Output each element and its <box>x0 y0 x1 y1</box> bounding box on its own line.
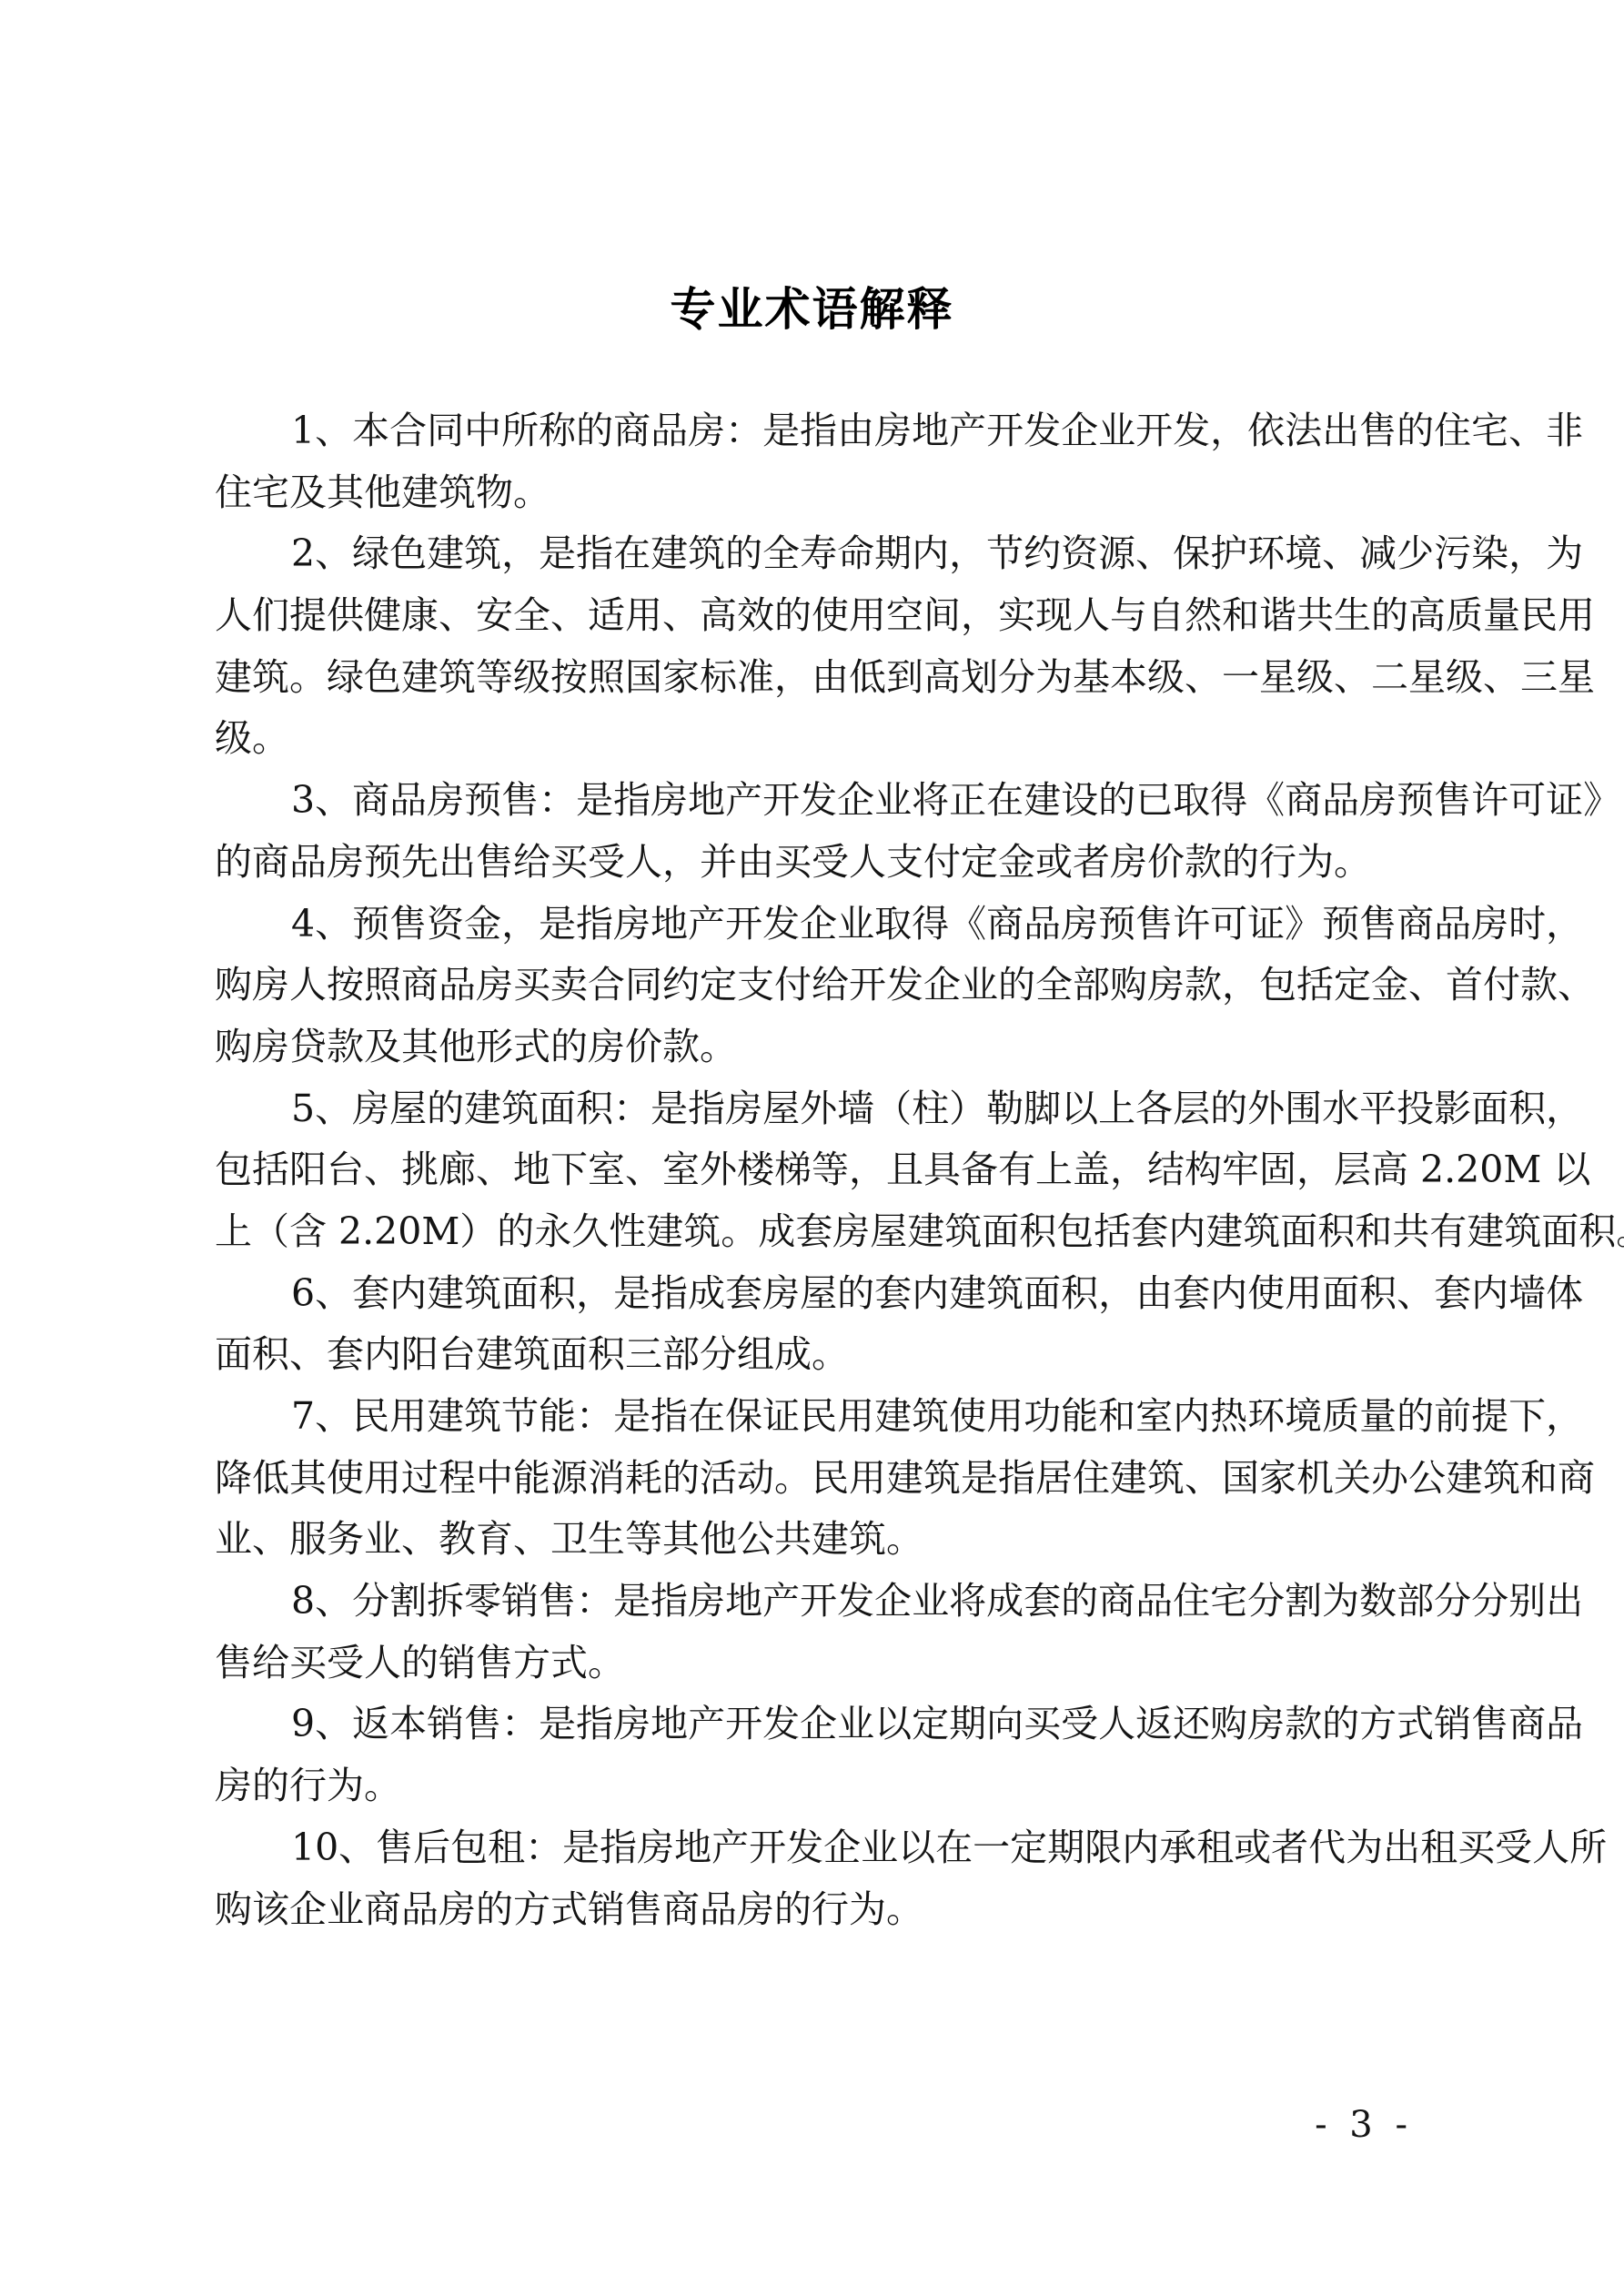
term-paragraph-1: 1、本合同中所称的商品房：是指由房地产开发企业开发，依法出售的住宅、非 住宅及其… <box>215 400 1416 523</box>
term-paragraph-10: 10、售后包租：是指房地产开发企业以在一定期限内承租或者代为出租买受人所 购该企… <box>215 1817 1416 1940</box>
paragraph-line: 1、本合同中所称的商品房：是指由房地产开发企业开发，依法出售的住宅、非 <box>215 400 1416 462</box>
paragraph-line: 2、绿色建筑，是指在建筑的全寿命期内，节约资源、保护环境、减少污染，为 <box>215 523 1416 585</box>
paragraph-line: 人们提供健康、安全、适用、高效的使用空间，实现人与自然和谐共生的高质量民用 <box>215 585 1416 647</box>
paragraph-line: 售给买受人的销售方式。 <box>215 1633 1416 1694</box>
paragraph-line: 7、民用建筑节能：是指在保证民用建筑使用功能和室内热环境质量的前提下， <box>215 1386 1416 1448</box>
paragraph-line: 级。 <box>215 708 1416 770</box>
paragraph-line: 建筑。绿色建筑等级按照国家标准，由低到高划分为基本级、一星级、二星级、三星 <box>215 647 1416 709</box>
paragraph-line: 9、返本销售：是指房地产开发企业以定期向买受人返还购房款的方式销售商品 <box>215 1694 1416 1755</box>
paragraph-line: 包括阳台、挑廊、地下室、室外楼梯等，且具备有上盖，结构牢固，层高 2.20M 以 <box>215 1139 1416 1201</box>
term-paragraph-2: 2、绿色建筑，是指在建筑的全寿命期内，节约资源、保护环境、减少污染，为 人们提供… <box>215 523 1416 770</box>
paragraph-line: 住宅及其他建筑物。 <box>215 462 1416 524</box>
paragraph-line: 6、套内建筑面积，是指成套房屋的套内建筑面积，由套内使用面积、套内墙体 <box>215 1263 1416 1325</box>
paragraph-line: 购该企业商品房的方式销售商品房的行为。 <box>215 1879 1416 1941</box>
term-paragraph-8: 8、分割拆零销售：是指房地产开发企业将成套的商品住宅分割为数部分分别出 售给买受… <box>215 1571 1416 1694</box>
paragraph-line: 10、售后包租：是指房地产开发企业以在一定期限内承租或者代为出租买受人所 <box>215 1817 1416 1879</box>
paragraph-line: 面积、套内阳台建筑面积三部分组成。 <box>215 1324 1416 1386</box>
paragraph-line: 的商品房预先出售给买受人，并由买受人支付定金或者房价款的行为。 <box>215 832 1416 894</box>
term-paragraph-7: 7、民用建筑节能：是指在保证民用建筑使用功能和室内热环境质量的前提下， 降低其使… <box>215 1386 1416 1571</box>
page-number: - 3 - <box>1315 2098 1413 2152</box>
term-paragraph-5: 5、房屋的建筑面积：是指房屋外墙（柱）勒脚以上各层的外围水平投影面积， 包括阳台… <box>215 1078 1416 1263</box>
paragraph-line: 购房人按照商品房买卖合同约定支付给开发企业的全部购房款，包括定金、首付款、 <box>215 955 1416 1017</box>
page-title: 专业术语解释 <box>0 278 1624 341</box>
paragraph-line: 4、预售资金，是指房地产开发企业取得《商品房预售许可证》预售商品房时， <box>215 894 1416 956</box>
paragraph-line: 降低其使用过程中能源消耗的活动。民用建筑是指居住建筑、国家机关办公建筑和商 <box>215 1448 1416 1510</box>
document-body: 1、本合同中所称的商品房：是指由房地产开发企业开发，依法出售的住宅、非 住宅及其… <box>215 400 1416 1940</box>
paragraph-line: 3、商品房预售：是指房地产开发企业将正在建设的已取得《商品房预售许可证》 <box>215 770 1416 832</box>
paragraph-line: 上（含 2.20M）的永久性建筑。成套房屋建筑面积包括套内建筑面积和共有建筑面积… <box>215 1201 1416 1263</box>
paragraph-line: 5、房屋的建筑面积：是指房屋外墙（柱）勒脚以上各层的外围水平投影面积， <box>215 1078 1416 1140</box>
paragraph-line: 业、服务业、教育、卫生等其他公共建筑。 <box>215 1509 1416 1571</box>
document-page: 专业术语解释 1、本合同中所称的商品房：是指由房地产开发企业开发，依法出售的住宅… <box>0 0 1624 2296</box>
paragraph-line: 购房贷款及其他形式的房价款。 <box>215 1017 1416 1078</box>
term-paragraph-9: 9、返本销售：是指房地产开发企业以定期向买受人返还购房款的方式销售商品 房的行为… <box>215 1694 1416 1816</box>
term-paragraph-3: 3、商品房预售：是指房地产开发企业将正在建设的已取得《商品房预售许可证》 的商品… <box>215 770 1416 893</box>
term-paragraph-6: 6、套内建筑面积，是指成套房屋的套内建筑面积，由套内使用面积、套内墙体 面积、套… <box>215 1263 1416 1386</box>
paragraph-line: 8、分割拆零销售：是指房地产开发企业将成套的商品住宅分割为数部分分别出 <box>215 1571 1416 1633</box>
paragraph-line: 房的行为。 <box>215 1755 1416 1817</box>
term-paragraph-4: 4、预售资金，是指房地产开发企业取得《商品房预售许可证》预售商品房时， 购房人按… <box>215 894 1416 1078</box>
